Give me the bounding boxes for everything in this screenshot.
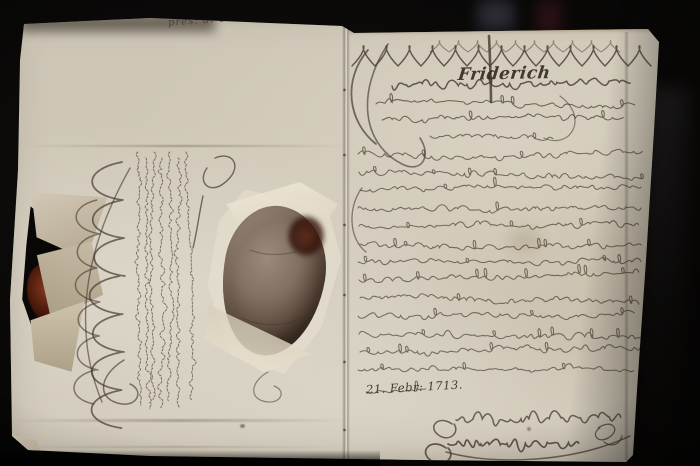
handwriting-stroke <box>145 158 152 409</box>
background-reflection <box>478 0 514 30</box>
handwriting-stroke <box>254 372 281 402</box>
page-edge-shadow <box>520 0 700 466</box>
fold-stitch-dot <box>343 224 346 227</box>
handwriting-stroke <box>434 421 456 438</box>
handwriting-stroke <box>184 152 196 400</box>
handwriting-stroke <box>352 188 366 252</box>
fold-stitch-dot <box>343 294 346 297</box>
handwriting-stroke <box>367 44 425 167</box>
handwriting-stroke <box>158 158 167 408</box>
fold-stitch-dot <box>343 361 346 364</box>
handwriting-stroke <box>193 156 235 248</box>
handwriting-stroke <box>242 316 304 325</box>
handwriting-stroke <box>135 152 142 405</box>
handwriting-stroke <box>250 250 300 255</box>
fold-stitch-dot <box>343 89 346 92</box>
handwriting-stroke <box>103 360 137 404</box>
fold-stitch-dot <box>343 154 346 157</box>
handwriting-stroke <box>149 152 156 400</box>
handwriting-stroke <box>90 162 125 428</box>
handwriting-stroke <box>174 158 182 407</box>
handwriting-stroke <box>167 152 174 401</box>
fold-stitch-dot <box>343 429 346 432</box>
bottom-shadow <box>0 450 380 466</box>
handwriting-stroke <box>426 444 451 463</box>
handwriting-stroke <box>74 200 100 404</box>
photograph-of-letter: pres: d: 1. Marty 1713 Friderich 21. Feb… <box>0 0 700 466</box>
